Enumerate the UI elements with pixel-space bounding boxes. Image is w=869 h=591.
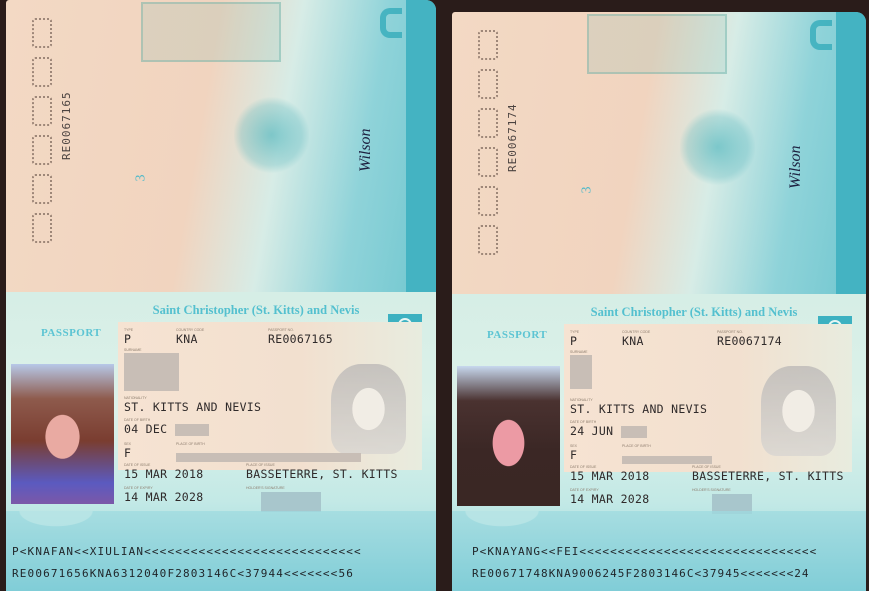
document-type-word: PASSPORT bbox=[41, 327, 101, 339]
field-country-code: Country code KNA bbox=[622, 330, 650, 347]
field-type: Type P bbox=[124, 328, 133, 345]
passport-right: RE0067174 3 Wilson CARIBBEAN Community S… bbox=[452, 0, 866, 591]
redaction-block bbox=[261, 492, 321, 512]
serial-number: RE0067174 bbox=[506, 32, 519, 172]
field-place-of-issue: Place of issue BASSETERRE, ST. KITTS bbox=[246, 463, 398, 480]
clock-tower-watermark bbox=[587, 14, 727, 74]
field-passport-number: Passport No. RE0067165 bbox=[268, 328, 333, 345]
field-holder-signature-redacted: Holder's signature bbox=[246, 486, 321, 512]
redaction-block bbox=[176, 453, 361, 462]
field-date-of-expiry: Date of expiry 14 MAR 2028 bbox=[124, 486, 203, 503]
document-type-word: PASSPORT bbox=[487, 329, 547, 341]
holder-photo bbox=[11, 364, 114, 504]
redaction-block bbox=[175, 424, 209, 436]
serial-number: RE0067165 bbox=[60, 20, 73, 160]
field-date-of-birth: Date of birth 04 DEC bbox=[124, 418, 209, 436]
observations-page: RE0067174 3 Wilson CARIBBEAN Community S… bbox=[452, 12, 866, 294]
coat-of-arms-emblem bbox=[234, 95, 309, 175]
data-page: Saint Christopher (St. Kitts) and Nevis … bbox=[6, 292, 436, 591]
observations-band: CARIBBEAN Community SAINT CHRISTOPHER (S… bbox=[836, 12, 866, 294]
field-place-of-issue: Place of issue BASSETERRE, ST. KITTS bbox=[692, 465, 844, 482]
redaction-block bbox=[570, 355, 592, 389]
perforated-serial bbox=[22, 18, 62, 243]
page-number: 3 bbox=[580, 187, 596, 194]
field-holder-signature-redacted: Holder's signature bbox=[692, 488, 752, 514]
field-date-of-expiry: Date of expiry 14 MAR 2028 bbox=[570, 488, 649, 505]
observations-band: CARIBBEAN Community SAINT CHRISTOPHER (S… bbox=[406, 0, 436, 292]
caricom-c-icon bbox=[810, 20, 832, 50]
observations-page: RE0067165 3 Wilson CARIBBEAN Community S… bbox=[6, 0, 436, 292]
country-title: Saint Christopher (St. Kitts) and Nevis bbox=[452, 305, 866, 320]
field-nationality: Nationality ST. KITTS AND NEVIS bbox=[124, 396, 261, 413]
field-country-code: Country code KNA bbox=[176, 328, 204, 345]
band-country: SAINT CHRISTOPHER (ST. KITTS) AND NEVIS bbox=[398, 284, 408, 292]
data-page: Saint Christopher (St. Kitts) and Nevis … bbox=[452, 294, 866, 591]
field-passport-number: Passport No. RE0067174 bbox=[717, 330, 782, 347]
mrz-line-1: P<KNAFAN<<XIULIAN<<<<<<<<<<<<<<<<<<<<<<<… bbox=[12, 541, 432, 563]
redaction-block bbox=[621, 426, 647, 438]
redaction-block bbox=[124, 353, 179, 391]
mrz-line-2: RE00671748KNA9006245F2803146C<37945<<<<<… bbox=[472, 563, 862, 585]
perforated-serial bbox=[468, 30, 508, 255]
mrz-line-1: P<KNAYANG<<FEI<<<<<<<<<<<<<<<<<<<<<<<<<<… bbox=[472, 541, 862, 563]
redaction-block bbox=[622, 456, 712, 464]
field-surname-redacted: Surname bbox=[124, 348, 179, 391]
ghost-image bbox=[331, 364, 406, 454]
field-type: Type P bbox=[570, 330, 579, 347]
field-sex: Sex F bbox=[124, 442, 131, 459]
country-title: Saint Christopher (St. Kitts) and Nevis bbox=[6, 303, 436, 318]
machine-readable-zone: P<KNAYANG<<FEI<<<<<<<<<<<<<<<<<<<<<<<<<<… bbox=[472, 541, 862, 585]
field-nationality: Nationality ST. KITTS AND NEVIS bbox=[570, 398, 707, 415]
field-date-of-issue: Date of issue 15 MAR 2018 bbox=[124, 463, 203, 480]
field-surname-redacted: Surname bbox=[570, 350, 592, 389]
band-subtitle: CARIBBEAN Community bbox=[391, 284, 398, 292]
page-number: 3 bbox=[134, 175, 150, 182]
clock-tower-watermark bbox=[141, 2, 281, 62]
holder-photo bbox=[457, 366, 560, 506]
band-country: SAINT CHRISTOPHER (ST. KITTS) AND NEVIS bbox=[828, 286, 838, 294]
mrz-line-2: RE00671656KNA6312040F2803146C<37944<<<<<… bbox=[12, 563, 432, 585]
field-sex: Sex F bbox=[570, 444, 577, 461]
ghost-image bbox=[761, 366, 836, 456]
passport-left: RE0067165 3 Wilson CARIBBEAN Community S… bbox=[6, 0, 436, 591]
band-subtitle: CARIBBEAN Community bbox=[821, 286, 828, 294]
coat-of-arms-emblem bbox=[680, 107, 755, 187]
caricom-c-icon bbox=[380, 8, 402, 38]
field-date-of-issue: Date of issue 15 MAR 2018 bbox=[570, 465, 649, 482]
field-date-of-birth: Date of birth 24 JUN bbox=[570, 420, 647, 438]
machine-readable-zone: P<KNAFAN<<XIULIAN<<<<<<<<<<<<<<<<<<<<<<<… bbox=[12, 541, 432, 585]
